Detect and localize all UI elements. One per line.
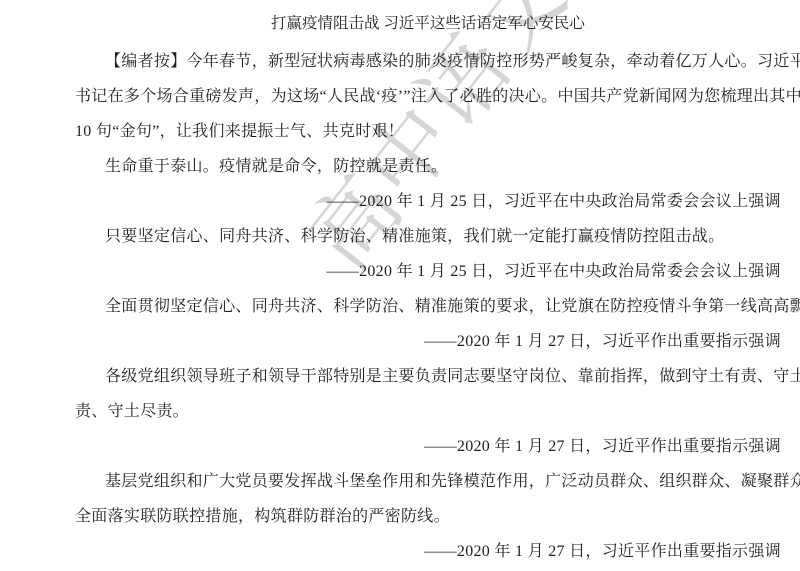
quote-5-line-1: 基层党组织和广大党员要发挥战斗堡垒作用和先锋模范作用，广泛动员群众、组织群众、凝…: [75, 464, 781, 499]
editor-note-line-2: 书记在多个场合重磅发声，为这场“人民战‘疫’”注入了必胜的决心。中国共产党新闻网…: [75, 79, 781, 114]
attribution-4: ——2020 年 1 月 27 日，习近平作出重要指示强调: [75, 429, 781, 464]
document-title: 打赢疫情阻击战 习近平这些话语定军心安民心: [75, 4, 781, 44]
quote-5-line-2: 全面落实联防联控措施，构筑群防群治的严密防线。: [75, 499, 781, 534]
quote-1-line: 生命重于泰山。疫情就是命令，防控就是责任。: [75, 149, 781, 184]
attribution-3: ——2020 年 1 月 27 日，习近平作出重要指示强调: [75, 324, 781, 359]
document-content: 打赢疫情阻击战 习近平这些话语定军心安民心 【编者按】今年春节，新型冠状病毒感染…: [75, 4, 781, 569]
attribution-1: ——2020 年 1 月 25 日，习近平在中央政治局常委会会议上强调: [75, 184, 781, 219]
attribution-2: ——2020 年 1 月 25 日，习近平在中央政治局常委会会议上强调: [75, 254, 781, 289]
quote-3-line: 全面贯彻坚定信心、同舟共济、科学防治、精准施策的要求，让党旗在防控疫情斗争第一线…: [75, 289, 781, 324]
document-page: 高中语文 打赢疫情阻击战 习近平这些话语定军心安民心 【编者按】今年春节，新型冠…: [0, 0, 800, 571]
quote-2-line: 只要坚定信心、同舟共济、科学防治、精准施策，我们就一定能打赢疫情防控阻击战。: [75, 219, 781, 254]
editor-note-line-1: 【编者按】今年春节，新型冠状病毒感染的肺炎疫情防控形势严峻复杂，牵动着亿万人心。…: [75, 44, 781, 79]
quote-4-line-1: 各级党组织领导班子和领导干部特别是主要负责同志要坚守岗位、靠前指挥，做到守土有责…: [75, 359, 781, 394]
quote-4-line-2: 责、守土尽责。: [75, 394, 781, 429]
editor-note-line-3: 10 句“金句”，让我们来提振士气、共克时艰！: [75, 114, 781, 149]
attribution-5: ——2020 年 1 月 27 日，习近平作出重要指示强调: [75, 534, 781, 569]
